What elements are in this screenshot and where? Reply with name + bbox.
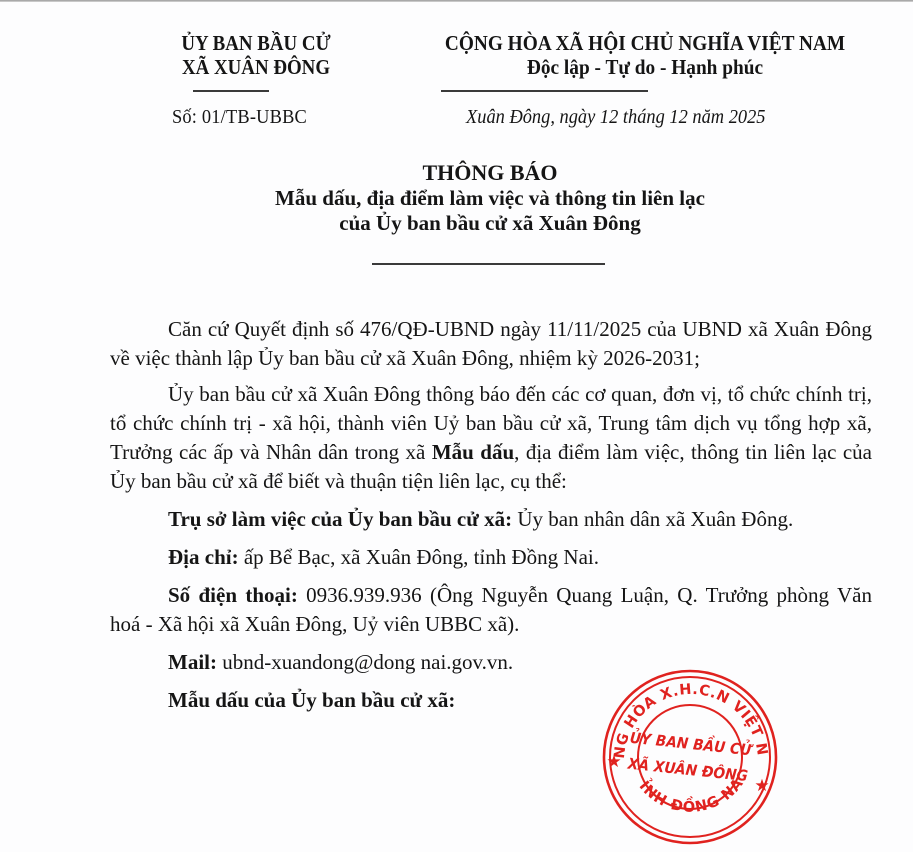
seal-label: Mẫu dấu của Ủy ban bầu cử xã: [168,688,455,712]
issuer-line-2: XÃ XUÂN ĐÔNG [161,55,352,79]
document-title-block: THÔNG BÁO Mẫu dấu, địa điểm làm việc và … [180,160,800,236]
mail-value: ubnd-xuandong@dong nai.gov.vn. [217,650,513,674]
office-paragraph: Trụ sở làm việc của Ủy ban bầu cử xã: Ủy… [110,505,872,534]
document-number: Số: 01/TB-UBBC [172,106,319,129]
address-value: ấp Bể Bạc, xã Xuân Đông, tỉnh Đồng Nai. [239,545,599,569]
national-motto: Độc lập - Tự do - Hạnh phúc [429,55,861,79]
document-number-text: Số: 01/TB-UBBC [172,106,307,129]
issuer-line-1: ỦY BAN BẦU CỬ [161,31,352,55]
national-title: CỘNG HÒA XÃ HỘI CHỦ NGHĨA VIỆT NAM [429,31,861,55]
notice-bold-seal: Mẫu dấu [432,440,514,464]
document-body: Căn cứ Quyết định số 476/QĐ-UBND ngày 11… [110,315,872,724]
legal-basis-text: Căn cứ Quyết định số 476/QĐ-UBND ngày 11… [110,317,872,370]
motto-underline [441,90,648,92]
national-heading: CỘNG HÒA XÃ HỘI CHỦ NGHĨA VIỆT NAM Độc l… [410,31,880,79]
legal-basis-paragraph: Căn cứ Quyết định số 476/QĐ-UBND ngày 11… [110,315,872,373]
mail-label: Mail: [168,650,217,674]
issuing-authority: ỦY BAN BẦU CỬ XÃ XUÂN ĐÔNG [150,31,362,79]
seal-icon: CỘNG HÒA X.H.C.N VIỆT NAM TỈNH ĐỒNG NAI … [600,667,780,847]
phone-paragraph: Số điện thoại: 0936.939.936 (Ông Nguyễn … [110,581,872,639]
official-seal: CỘNG HÒA X.H.C.N VIỆT NAM TỈNH ĐỒNG NAI … [600,667,780,847]
notice-paragraph: Ủy ban bầu cử xã Xuân Đông thông báo đến… [110,380,872,496]
phone-label: Số điện thoại: [168,583,298,607]
document-subtitle-line-1: Mẫu dấu, địa điểm làm việc và thông tin … [180,186,800,211]
place-date-text: Xuân Đông, ngày 12 tháng 12 năm 2025 [466,106,766,129]
address-paragraph: Địa chỉ: ấp Bể Bạc, xã Xuân Đông, tỉnh Đ… [110,543,872,572]
office-label: Trụ sở làm việc của Ủy ban bầu cử xã: [168,507,512,531]
office-value: Ủy ban nhân dân xã Xuân Đông. [512,507,793,531]
title-underline [372,263,605,265]
viewer-top-edge [0,0,913,2]
seal-star-right-icon: ★ [754,776,769,796]
seal-star-left-icon: ★ [606,752,621,772]
address-label: Địa chỉ: [168,545,239,569]
issuer-underline [193,90,269,92]
document-subtitle-line-2: của Ủy ban bầu cử xã Xuân Đông [180,211,800,236]
place-and-date: Xuân Đông, ngày 12 tháng 12 năm 2025 [466,106,792,129]
document-title: THÔNG BÁO [180,160,800,186]
